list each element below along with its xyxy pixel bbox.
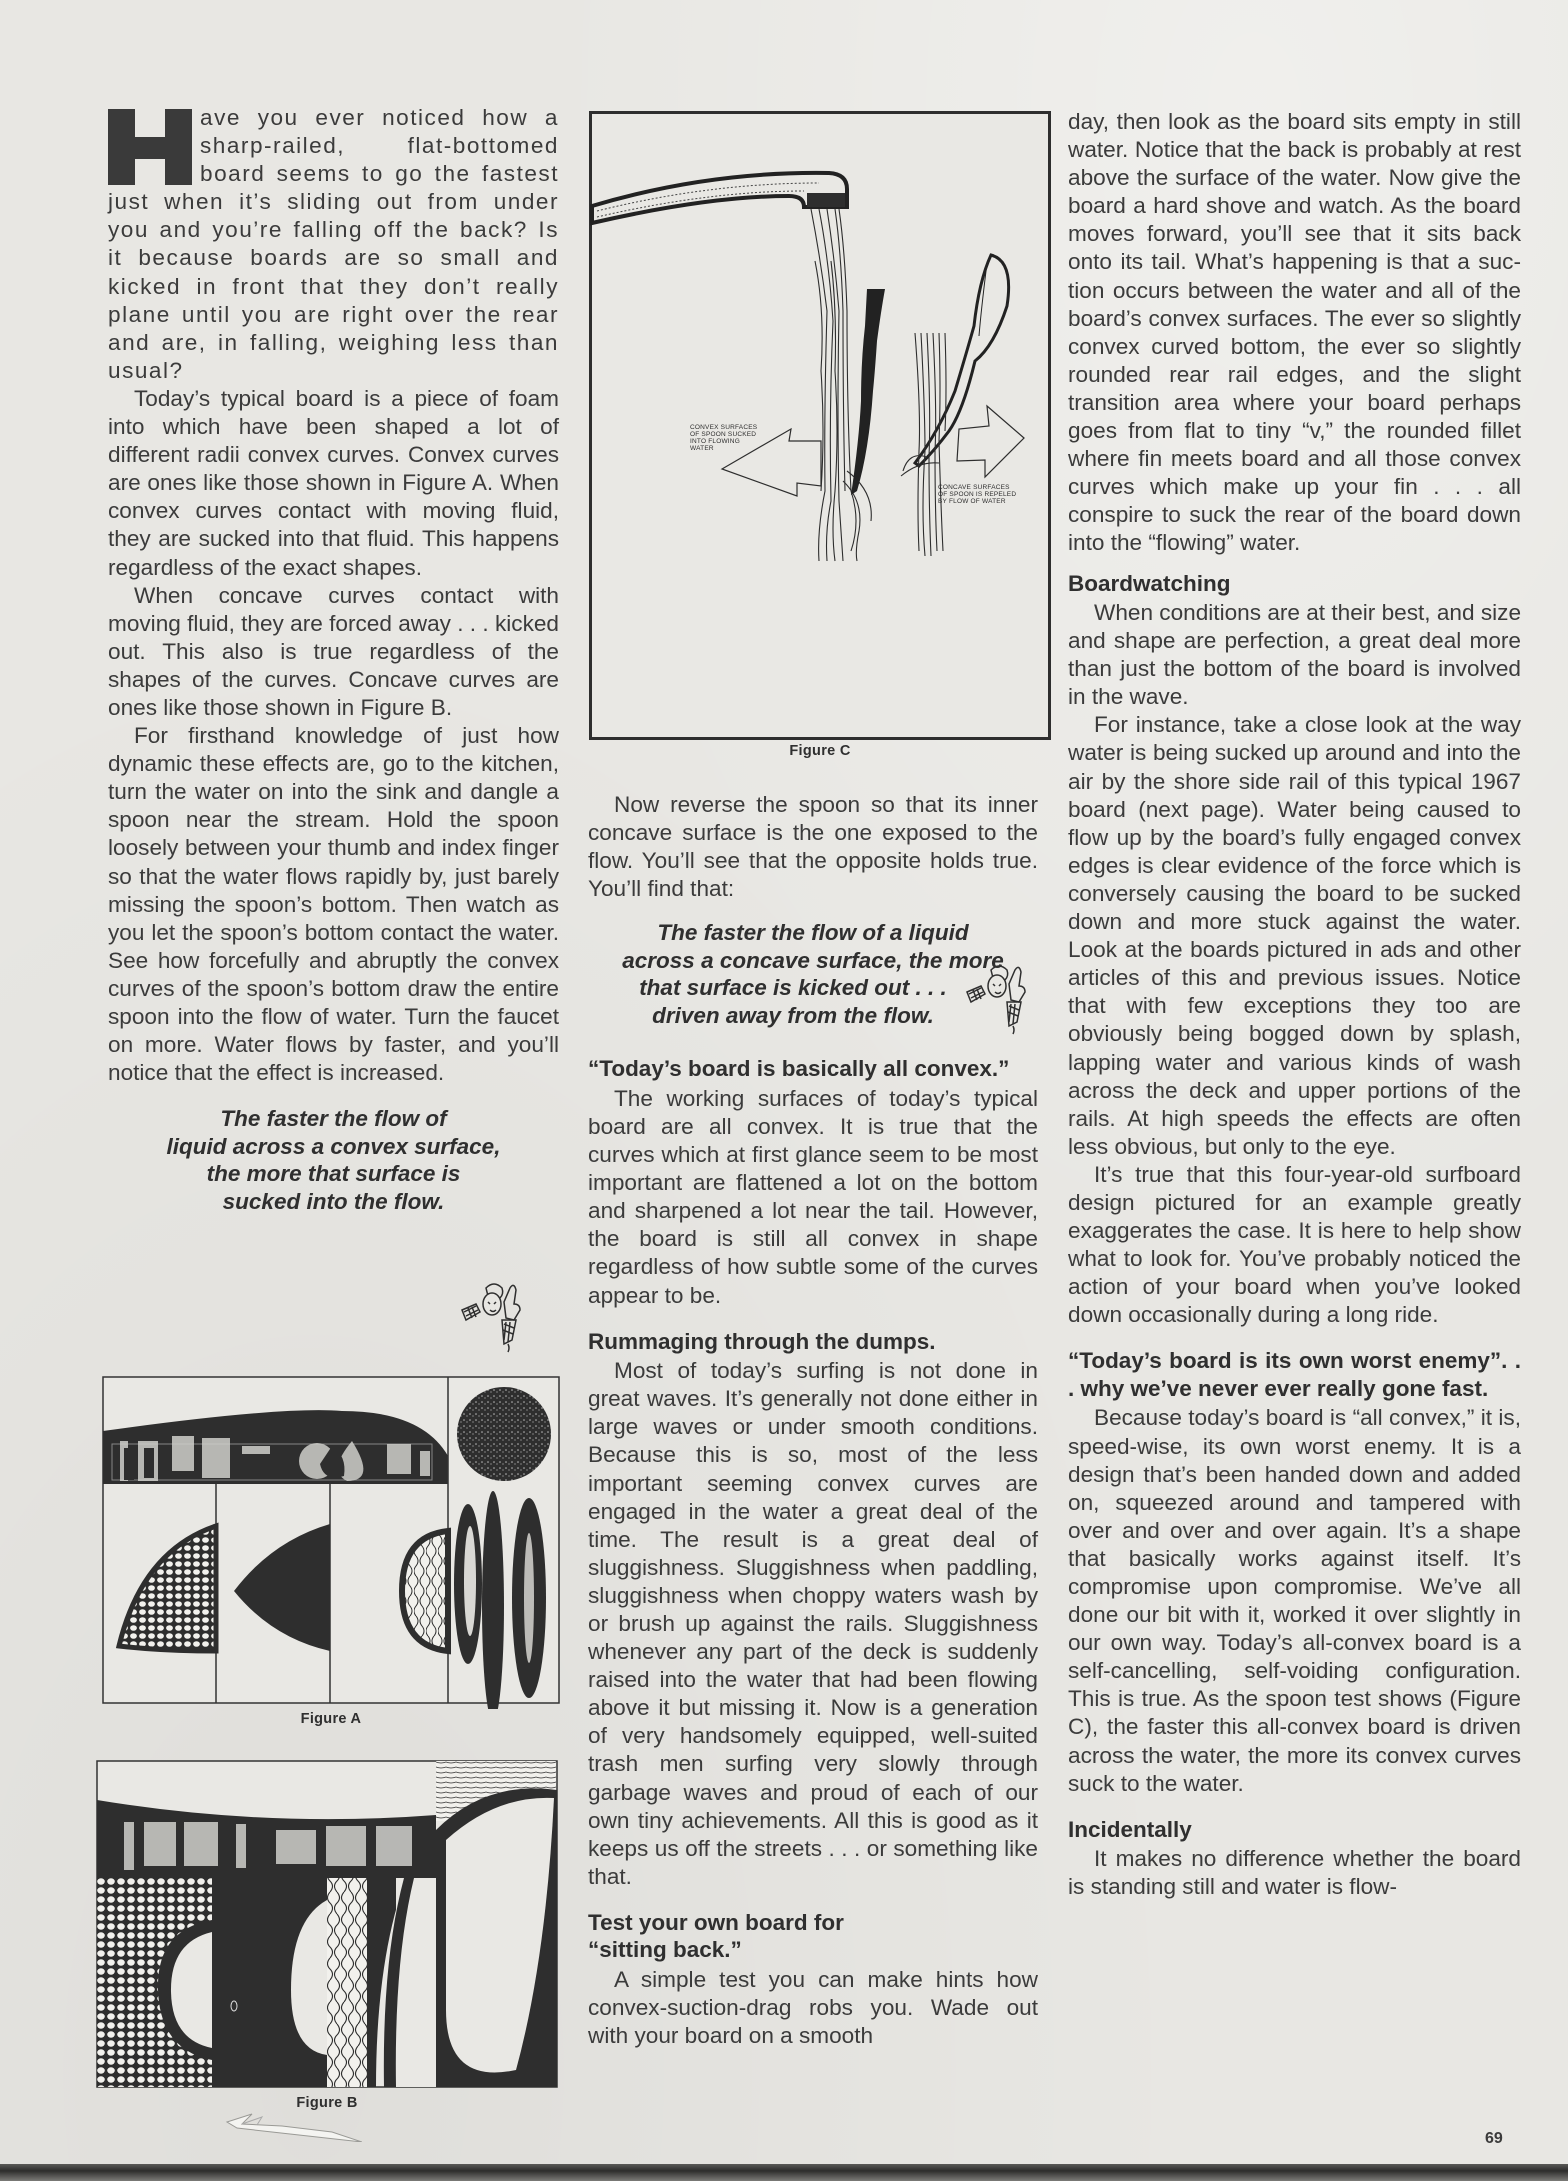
magazine-page: ave you ever noticed how a sharp-railed,… xyxy=(0,0,1568,2181)
section-heading: Rummaging through the dumps. xyxy=(588,1328,1038,1356)
dropcap-h xyxy=(108,109,192,185)
body-paragraph: day, then look as the board sits empty i… xyxy=(1068,108,1521,558)
figure-c-label-left-line: INTO FLOWING xyxy=(690,438,740,445)
figure-c-label-right-line: OF SPOON IS REPELED xyxy=(938,491,1016,498)
folded-tape-mark xyxy=(222,2112,362,2142)
figure-c-label-right-line: CONCAVE SURFACES xyxy=(938,484,1010,491)
body-paragraph: When conditions are at their best, and s… xyxy=(1068,599,1521,711)
column-1: ave you ever noticed how a sharp-railed,… xyxy=(108,104,559,1215)
body-paragraph: When concave curves contact with moving … xyxy=(108,582,559,722)
pull-quote-line: sucked into the flow. xyxy=(108,1188,559,1216)
cartoon-pointing-man-icon xyxy=(963,962,1033,1037)
figure-b-concave-shapes xyxy=(96,1760,558,2090)
section-heading: “Today’s board is its own worst en­emy”.… xyxy=(1068,1347,1521,1402)
column-3: day, then look as the board sits empty i… xyxy=(1068,108,1521,1901)
section-heading: Test your own board for “sitting back.” xyxy=(588,1909,1038,1964)
section-heading: “Today’s board is basically all convex.” xyxy=(588,1055,1038,1083)
pull-quote-line: The faster the flow of a liquid xyxy=(588,919,1038,947)
body-paragraph: Most of today’s surfing is not done in g… xyxy=(588,1357,1038,1891)
figure-c-caption: Figure C xyxy=(589,743,1051,759)
body-paragraph: A simple test you can make hints how con… xyxy=(588,1966,1038,2050)
page-number: 69 xyxy=(1485,2130,1503,2148)
figure-c-label-left-line: OF SPOON SUCKED xyxy=(690,431,756,438)
body-paragraph: For firsthand knowledge of just how dyna… xyxy=(108,722,559,1087)
body-paragraph: Because today’s board is “all con­vex,” … xyxy=(1068,1404,1521,1797)
pull-quote-line: the more that surface is xyxy=(108,1160,559,1188)
pull-quote-convex: The faster the flow of liquid across a c… xyxy=(108,1105,559,1215)
section-heading: Boardwatching xyxy=(1068,570,1521,598)
body-paragraph: The working surfaces of today’s typi­cal… xyxy=(588,1085,1038,1310)
figure-c-label-left-line: WATER xyxy=(690,445,714,452)
cartoon-pointing-man-icon xyxy=(458,1280,528,1355)
body-paragraph: It makes no difference whether the board… xyxy=(1068,1845,1521,1901)
figure-a-caption: Figure A xyxy=(102,1711,560,1727)
body-paragraph: Today’s typical board is a piece of foam… xyxy=(108,385,559,582)
section-heading: Incidentally xyxy=(1068,1816,1521,1844)
figure-c-faucet-spoon-diagram: CONVEX SURFACES OF SPOON SUCKED INTO FLO… xyxy=(589,111,1051,743)
page-bottom-edge xyxy=(0,2164,1568,2181)
figure-a-convex-shapes xyxy=(102,1376,560,1709)
figure-c-label-left-line: CONVEX SURFACES xyxy=(690,424,758,431)
body-paragraph: It’s true that this four-year-old surf­b… xyxy=(1068,1161,1521,1330)
figure-c-label-right-line: BY FLOW OF WATER xyxy=(938,498,1006,505)
body-paragraph: For instance, take a close look at the w… xyxy=(1068,711,1521,1161)
body-paragraph: Now reverse the spoon so that its in­ner… xyxy=(588,791,1038,903)
figure-b-caption: Figure B xyxy=(96,2095,558,2111)
pull-quote-line: The faster the flow of xyxy=(108,1105,559,1133)
pull-quote-line: liquid across a convex surface, xyxy=(108,1133,559,1161)
